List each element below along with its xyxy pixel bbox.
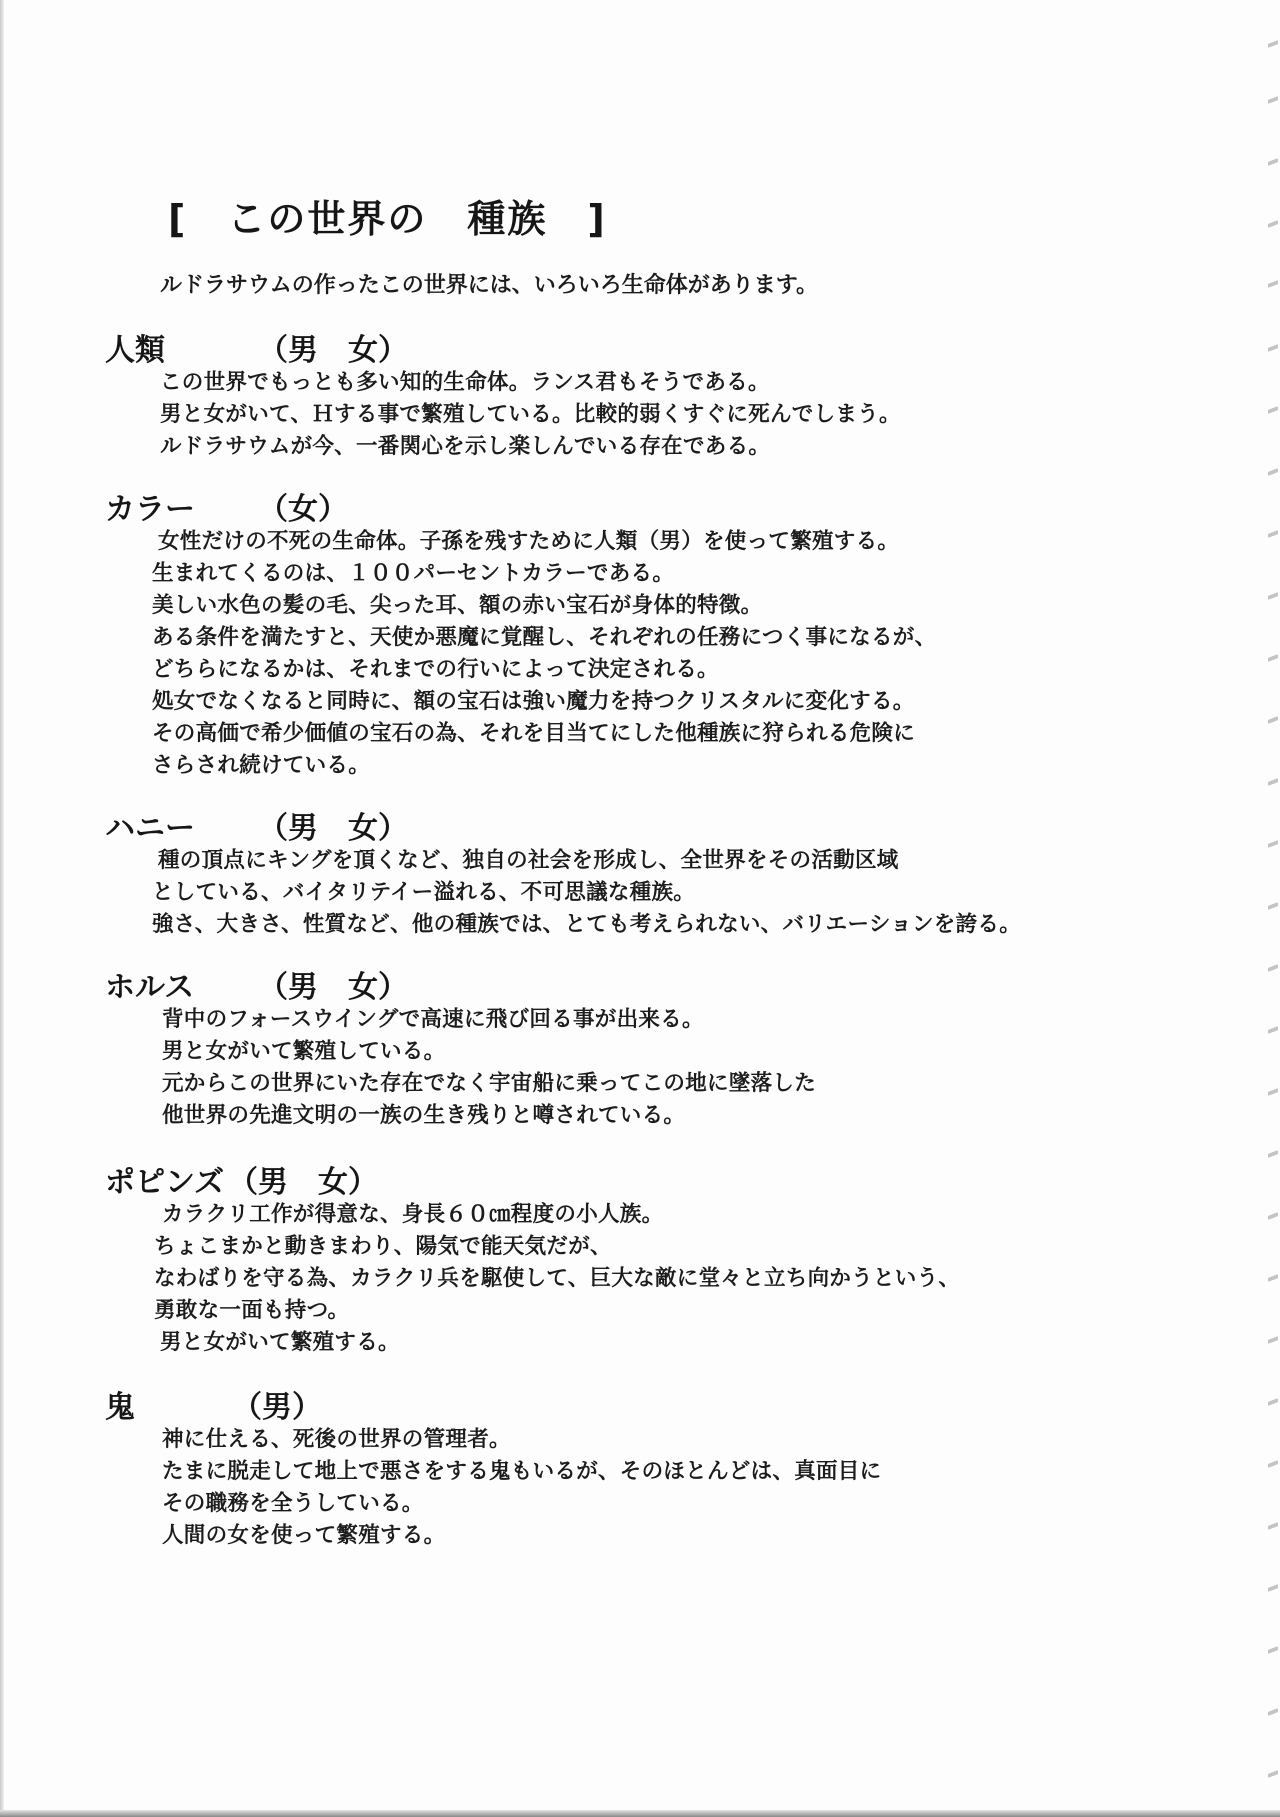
binding-mark [1268,716,1278,724]
binding-mark [1268,1584,1278,1592]
description-line: 男と女がいて繁殖している。 [162,1034,445,1065]
binding-mark [1268,468,1278,476]
description-line: どちらになるかは、それまでの行いによって決定される。 [152,652,719,683]
species-name: ハニー [105,803,195,847]
binding-mark [1268,1770,1278,1778]
description-line: この世界でもっとも多い知的生命体。ランス君もそうである。 [160,365,770,396]
description-line: としている、バイタリテイー溢れる、不可思議な種族。 [152,875,695,906]
binding-mark [1268,964,1278,972]
description-line: さらされ続けている。 [152,748,370,779]
binding-mark [1268,1646,1278,1654]
description-line: 種の頂点にキングを頂くなど、独自の社会を形成し、全世界をその活動区域 [158,843,899,874]
description-line: ちょこまかと動きまわり、陽気で能天気だが、 [154,1229,612,1260]
document-page: [ この世界の 種族 ] ルドラサウムの作ったこの世界には、いろいろ生命体があり… [0,0,1280,1817]
binding-mark [1268,344,1278,352]
description-line: 元からこの世界にいた存在でなく宇宙船に乗ってこの地に墜落した [162,1066,816,1097]
species-name: ポピンズ [105,1157,224,1201]
description-line: たまに脱走して地上で悪さをする鬼もいるが、そのほとんどは、真面目に [162,1454,881,1485]
binding-mark [1268,1522,1278,1530]
description-line: 男と女がいて、Ｈする事で繁殖している。比較的弱くすぐに死んでしまう。 [160,397,901,428]
binding-mark [1268,1212,1278,1220]
species-gender: （男 女） [258,325,408,369]
description-line: 男と女がいて繁殖する。 [160,1325,400,1356]
binding-marks [1262,0,1280,1817]
description-line: その高価で希少価値の宝石の為、それを目当てにした他種族に狩られる危険に [152,716,915,747]
species-name: 人類 [105,325,165,369]
binding-mark [1268,1336,1278,1344]
description-line: 処女でなくなると同時に、額の宝石は強い魔力を持つクリスタルに変化する。 [152,684,915,715]
page-bottom-edge [0,1810,1280,1817]
binding-mark [1268,96,1278,104]
species-gender: （男 女） [258,962,408,1006]
binding-mark [1268,1274,1278,1282]
binding-mark [1268,840,1278,848]
description-line: 他世界の先進文明の一族の生き残りと噂されている。 [162,1098,685,1129]
binding-mark [1268,530,1278,538]
binding-mark [1268,158,1278,166]
binding-mark [1268,592,1278,600]
binding-mark [1268,40,1278,48]
description-line: なわばりを守る為、カラクリ兵を駆使して、巨大な敵に堂々と立ち向かうという、 [154,1261,960,1292]
description-line: 生まれてくるのは、１００パーセントカラーである。 [152,556,674,587]
description-line: 人間の女を使って繁殖する。 [162,1518,445,1549]
species-name: ホルス [105,962,194,1006]
binding-mark [1268,1026,1278,1034]
binding-mark [1268,406,1278,414]
description-line: カラクリ工作が得意な、身長６０㎝程度の小人族。 [162,1197,663,1228]
description-line: 美しい水色の髪の毛、尖った耳、額の赤い宝石が身体的特徴。 [152,588,762,619]
binding-mark [1268,902,1278,910]
binding-mark [1268,220,1278,228]
species-name: カラー [105,484,195,528]
page-left-edge [0,0,4,1817]
intro-text: ルドラサウムの作ったこの世界には、いろいろ生命体があります。 [160,268,818,299]
binding-mark [1268,1150,1278,1158]
binding-mark [1268,654,1278,662]
species-gender: （男） [232,1382,322,1426]
species-gender: （男 女） [228,1157,378,1201]
description-line: 勇敢な一面も持つ。 [154,1293,349,1324]
species-gender: （女） [258,484,348,528]
description-line: 背中のフォースウイングで高速に飛び回る事が出来る。 [162,1002,704,1033]
species-gender: （男 女） [258,803,408,847]
species-name: 鬼 [105,1382,135,1426]
description-line: ある条件を満たすと、天使か悪魔に覚醒し、それぞれの任務につく事になるが、 [152,620,936,651]
description-line: 強さ、大きさ、性質など、他の種族では、とても考えられない、バリエーションを誇る。 [152,907,1021,938]
binding-mark [1268,778,1278,786]
binding-mark [1268,1708,1278,1716]
binding-mark [1268,1088,1278,1096]
description-line: その職務を全うしている。 [162,1486,424,1517]
description-line: ルドラサウムが今、一番関心を示し楽しんでいる存在である。 [160,429,770,460]
binding-mark [1268,1460,1278,1468]
description-line: 女性だけの不死の生命体。子孫を残すために人類（男）を使って繁殖する。 [158,524,899,555]
page-title: [ この世界の 種族 ] [168,188,607,243]
binding-mark [1268,280,1278,288]
binding-mark [1268,1398,1278,1406]
description-line: 神に仕える、死後の世界の管理者。 [162,1422,511,1453]
